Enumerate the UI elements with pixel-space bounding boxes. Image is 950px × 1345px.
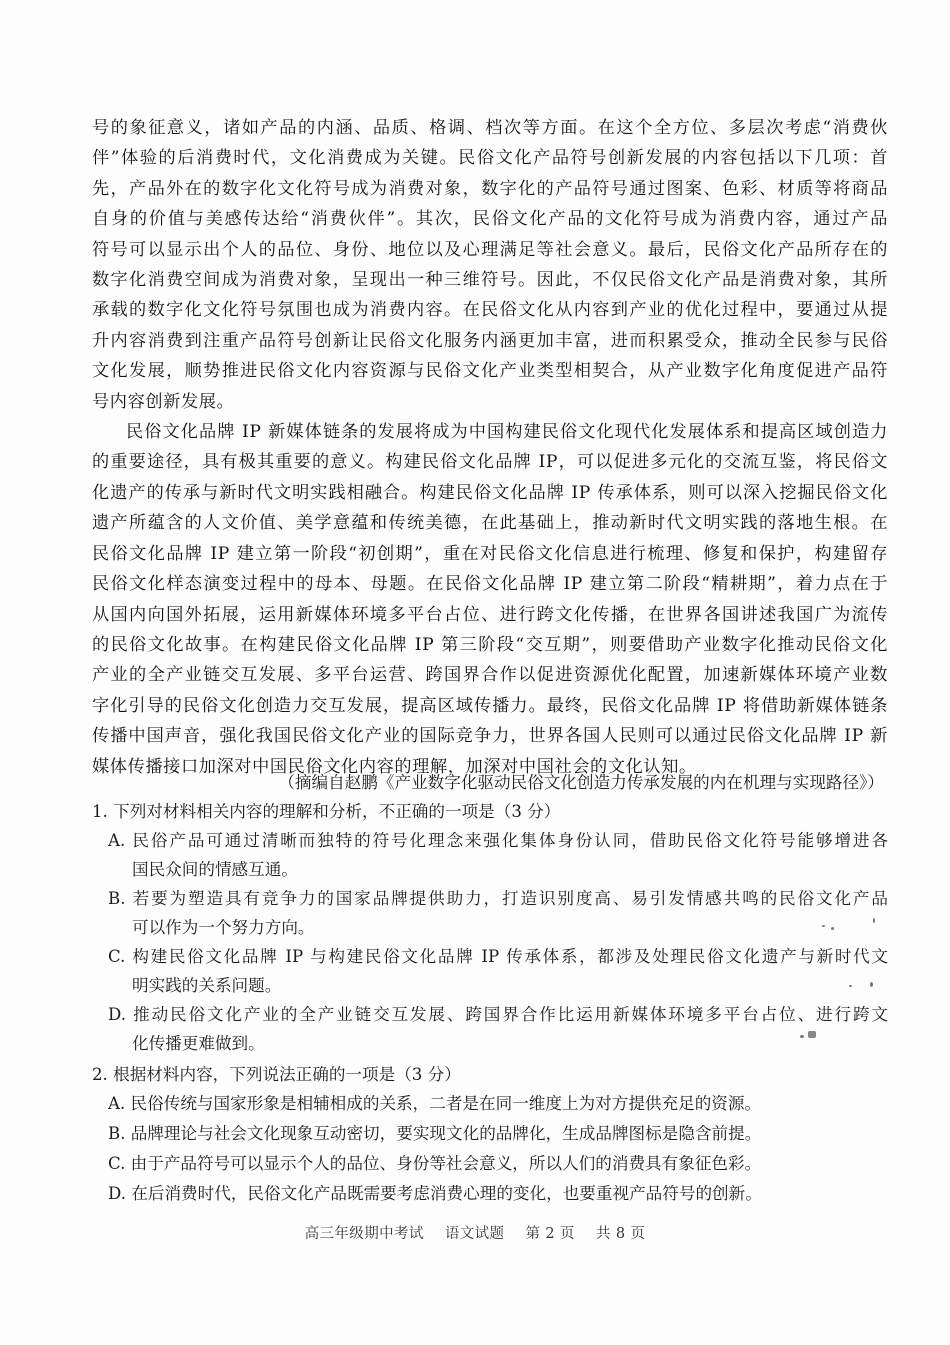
passage-paragraph-1: 号的象征意义，诸如产品的内涵、品质、格调、档次等方面。在这个全方位、多层次考虑“… bbox=[92, 113, 888, 417]
passage-line: 伴”体验的后消费时代，文化消费成为关键。民俗文化产品符号创新发展的内容包括以下几… bbox=[92, 143, 888, 173]
passage-line: 民俗文化品牌 IP 新媒体链条的发展将成为中国构建民俗文化现代化发展体系和提高区… bbox=[92, 417, 888, 447]
option-c: C. 构建民俗文化品牌 IP 与构建民俗文化品牌 IP 传承体系，都涉及处理民俗… bbox=[92, 942, 888, 1000]
passage-line: 传播中国声音，强化我国民俗文化产业的国际竞争力，世界各国人民则可以通过民俗文化品… bbox=[92, 721, 888, 751]
option-a: A. 民俗传统与国家形象是相辅相成的关系，二者是在同一维度上为对方提供充足的资源… bbox=[92, 1089, 888, 1119]
passage-line: 文化发展，顺势推进民俗文化内容资源与民俗文化产业类型相契合，从产业数字化角度促进… bbox=[92, 356, 888, 386]
question-2: 2. 根据材料内容，下列说法正确的一项是（3 分） A. 民俗传统与国家形象是相… bbox=[92, 1060, 888, 1209]
option-line: B. 若要为塑造具有竞争力的国家品牌提供助力，打造识别度高、易引发情感共鸣的民俗… bbox=[108, 884, 888, 913]
passage-line: 承载的数字化文化符号氛围也成为消费内容。在民俗文化从内容到产业的优化过程中，要通… bbox=[92, 295, 888, 325]
option-b: B. 品牌理论与社会文化现象互动密切，要实现文化的品牌化，生成品牌图标是隐含前提… bbox=[92, 1119, 888, 1149]
exam-page: 号的象征意义，诸如产品的内涵、品质、格调、档次等方面。在这个全方位、多层次考虑“… bbox=[0, 0, 950, 1345]
passage-line: 号的象征意义，诸如产品的内涵、品质、格调、档次等方面。在这个全方位、多层次考虑“… bbox=[92, 113, 888, 143]
scan-speck bbox=[831, 927, 834, 930]
passage-line: 遗产所蕴含的人文价值、美学意蕴和传统美德，在此基础上，推动新时代文明实践的落地生… bbox=[92, 508, 888, 538]
scan-speck bbox=[873, 918, 875, 923]
option-line: 明实践的关系问题。 bbox=[108, 971, 888, 1000]
footer-exam-name: 高三年级期中考试 bbox=[305, 1226, 424, 1242]
option-line: C. 由于产品符号可以显示个人的品位、身份等社会意义，所以人们的消费具有象征色彩… bbox=[108, 1149, 888, 1179]
passage-line: 的重要途径，具有极其重要的意义。构建民俗文化品牌 IP，可以促进多元化的交流互鉴… bbox=[92, 447, 888, 477]
footer-total-pages: 共 8 页 bbox=[596, 1226, 645, 1242]
passage-line: 字化引导的民俗文化创造力交互发展，提高区域传播力。最终，民俗文化品牌 IP 将借… bbox=[92, 691, 888, 721]
question-stem: 2. 根据材料内容，下列说法正确的一项是（3 分） bbox=[92, 1060, 888, 1089]
option-a: A. 民俗产品可通过清晰而独特的符号化理念来强化集体身份认同，借助民俗文化符号能… bbox=[92, 826, 888, 884]
option-line: 可以作为一个努力方向。 bbox=[108, 913, 888, 942]
option-line: A. 民俗产品可通过清晰而独特的符号化理念来强化集体身份认同，借助民俗文化符号能… bbox=[108, 826, 888, 855]
passage-line: 数字化消费空间成为消费对象，呈现出一种三维符号。因此，不仅民俗文化产品是消费对象… bbox=[92, 265, 888, 295]
passage-line: 产业的全产业链交互发展、多平台运营、跨国界合作以促进资源优化配置，加速新媒体环境… bbox=[92, 660, 888, 690]
passage-line: 先，产品外在的数字化文化符号成为消费对象，数字化的产品符号通过图案、色彩、材质等… bbox=[92, 174, 888, 204]
option-line: 化传播更难做到。 bbox=[108, 1029, 888, 1058]
passage-line: 符号可以显示出个人的品位、身份、地位以及心理满足等社会意义。最后，民俗文化产品所… bbox=[92, 235, 888, 265]
passage-line: 从国内向国外拓展，运用新媒体环境多平台占位、进行跨文化传播，在世界各国讲述我国广… bbox=[92, 600, 888, 630]
option-line: D. 在后消费时代，民俗文化产品既需要考虑消费心理的变化，也要重视产品符号的创新… bbox=[108, 1179, 888, 1209]
passage-paragraph-2: 民俗文化品牌 IP 新媒体链条的发展将成为中国构建民俗文化现代化发展体系和提高区… bbox=[92, 417, 888, 782]
option-line: A. 民俗传统与国家形象是相辅相成的关系，二者是在同一维度上为对方提供充足的资源… bbox=[108, 1089, 888, 1119]
page-footer: 高三年级期中考试 语文试题 第 2 页 共 8 页 bbox=[0, 1222, 950, 1243]
option-c: C. 由于产品符号可以显示个人的品位、身份等社会意义，所以人们的消费具有象征色彩… bbox=[92, 1149, 888, 1179]
option-b: B. 若要为塑造具有竞争力的国家品牌提供助力，打造识别度高、易引发情感共鸣的民俗… bbox=[92, 884, 888, 942]
scan-speck bbox=[849, 985, 852, 987]
passage-line: 的民俗文化故事。在构建民俗文化品牌 IP 第三阶段“交互期”，则要借助产业数字化… bbox=[92, 630, 888, 660]
passage-line: 自身的价值与美感传达给“消费伙伴”。其次，民俗文化产品的文化符号成为消费内容，通… bbox=[92, 204, 888, 234]
scan-speck bbox=[822, 925, 825, 927]
scan-speck bbox=[800, 1035, 804, 1038]
question-1: 1. 下列对材料相关内容的理解和分析，不正确的一项是（3 分） A. 民俗产品可… bbox=[92, 797, 888, 1058]
option-d: D. 推动民俗文化产业的全产业链交互发展、跨国界合作比运用新媒体环境多平台占位、… bbox=[92, 1000, 888, 1058]
source-citation: （摘编自赵鹏《产业数字化驱动民俗文化创造力传承发展的内在机理与实现路径》） bbox=[92, 769, 888, 797]
option-line: B. 品牌理论与社会文化现象互动密切，要实现文化的品牌化，生成品牌图标是隐含前提… bbox=[108, 1119, 888, 1149]
scan-speck bbox=[808, 1031, 816, 1038]
question-stem: 1. 下列对材料相关内容的理解和分析，不正确的一项是（3 分） bbox=[92, 797, 888, 826]
option-line: 国民众间的情感互通。 bbox=[108, 855, 888, 884]
passage-line: 升内容消费到注重产品符号创新让民俗文化服务内涵更加丰富，进而积累受众，推动全民参… bbox=[92, 326, 888, 356]
passage-line: 民俗文化品牌 IP 建立第一阶段“初创期”，重在对民俗文化信息进行梳理、修复和保… bbox=[92, 539, 888, 569]
option-line: C. 构建民俗文化品牌 IP 与构建民俗文化品牌 IP 传承体系，都涉及处理民俗… bbox=[108, 942, 888, 971]
footer-subject: 语文试题 bbox=[445, 1226, 505, 1242]
passage-line: 号内容创新发展。 bbox=[92, 387, 888, 417]
option-d: D. 在后消费时代，民俗文化产品既需要考虑消费心理的变化，也要重视产品符号的创新… bbox=[92, 1179, 888, 1209]
passage-line: 民俗文化样态演变过程中的母本、母题。在民俗文化品牌 IP 建立第二阶段“精耕期”… bbox=[92, 569, 888, 599]
scan-speck bbox=[870, 982, 873, 987]
option-line: D. 推动民俗文化产业的全产业链交互发展、跨国界合作比运用新媒体环境多平台占位、… bbox=[108, 1000, 888, 1029]
footer-page-number: 第 2 页 bbox=[525, 1226, 574, 1242]
passage-line: 化遗产的传承与新时代文明实践相融合。构建民俗文化品牌 IP 传承体系，则可以深入… bbox=[92, 478, 888, 508]
questions-section: 1. 下列对材料相关内容的理解和分析，不正确的一项是（3 分） A. 民俗产品可… bbox=[92, 797, 888, 1209]
reading-passage: 号的象征意义，诸如产品的内涵、品质、格调、档次等方面。在这个全方位、多层次考虑“… bbox=[92, 113, 888, 782]
